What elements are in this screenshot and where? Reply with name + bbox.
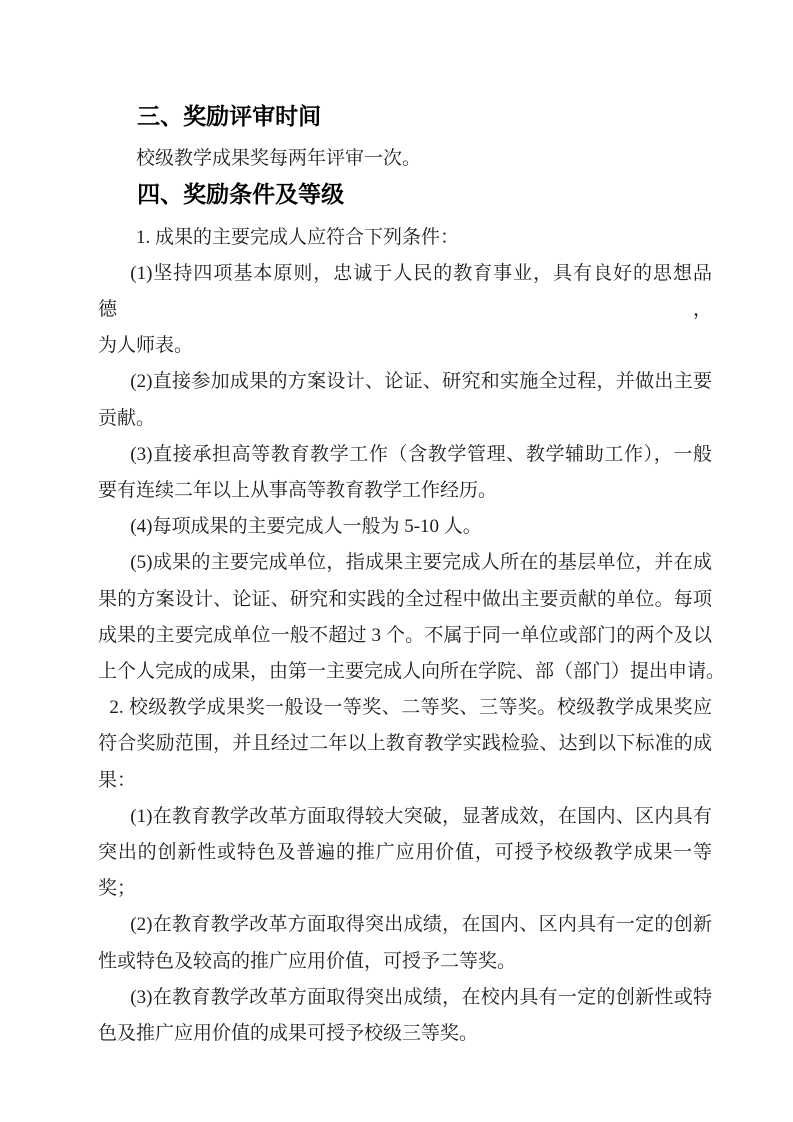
paragraph: (2)直接参加成果的方案设计、论证、研究和实施全过程，并做出主要贡献。 bbox=[98, 364, 712, 436]
section-heading: 三、奖励评审时间 bbox=[98, 99, 712, 135]
paragraph: 校级教学成果奖每两年评审一次。 bbox=[98, 141, 712, 177]
paragraph: (5)成果的主要完成单位，指成果主要完成人所在的基层单位，并在成果的方案设计、论… bbox=[98, 545, 712, 690]
text-line: (4)每项成果的主要完成人一般为 5-10 人。 bbox=[98, 509, 712, 545]
text-line: 三、奖励评审时间 bbox=[98, 99, 712, 135]
page: 三、奖励评审时间校级教学成果奖每两年评审一次。四、奖励条件及等级1. 成果的主要… bbox=[0, 0, 793, 1122]
text-line: 果的方案设计、论证、研究和实践的全过程中做出主要贡献的单位。每项 bbox=[98, 582, 712, 618]
paragraph: 2. 校级教学成果奖一般设一等奖、二等奖、三等奖。校级教学成果奖应符合奖励范围，… bbox=[98, 690, 712, 799]
paragraph: (1)在教育教学改革方面取得较大突破，显著成效，在国内、区内具有突出的创新性或特… bbox=[98, 799, 712, 908]
section-heading: 四、奖励条件及等级 bbox=[98, 177, 712, 213]
paragraph: (2)在教育教学改革方面取得突出成绩，在国内、区内具有一定的创新性或特色及较高的… bbox=[98, 907, 712, 979]
text-line: 性或特色及较高的推广应用价值，可授予二等奖。 bbox=[98, 944, 712, 980]
text-line: 突出的创新性或特色及普遍的推广应用价值，可授予校级教学成果一等 bbox=[98, 835, 712, 871]
text-line: 果： bbox=[98, 763, 712, 799]
text-line: 成果的主要完成单位一般不超过 3 个。不属于同一单位或部门的两个及以 bbox=[98, 618, 712, 654]
text-line: 贡献。 bbox=[98, 401, 712, 437]
text-line: 四、奖励条件及等级 bbox=[98, 177, 712, 213]
text-line: (3)直接承担高等教育教学工作（含教学管理、教学辅助工作），一般 bbox=[98, 437, 712, 473]
text-line: (1)坚持四项基本原则，忠诚于人民的教育事业，具有良好的思想品德， bbox=[98, 256, 712, 328]
text-line: 校级教学成果奖每两年评审一次。 bbox=[98, 141, 712, 177]
paragraph: (3)在教育教学改革方面取得突出成绩，在校内具有一定的创新性或特色及推广应用价值… bbox=[98, 980, 712, 1052]
text-line: 要有连续二年以上从事高等教育教学工作经历。 bbox=[98, 473, 712, 509]
text-line: 奖； bbox=[98, 871, 712, 907]
text-line: (5)成果的主要完成单位，指成果主要完成人所在的基层单位，并在成 bbox=[98, 545, 712, 581]
text-line: 1. 成果的主要完成人应符合下列条件： bbox=[98, 220, 712, 256]
text-line: (1)在教育教学改革方面取得较大突破，显著成效，在国内、区内具有 bbox=[98, 799, 712, 835]
text-line: (2)直接参加成果的方案设计、论证、研究和实施全过程，并做出主要 bbox=[98, 364, 712, 400]
text-line: 符合奖励范围，并且经过二年以上教育教学实践检验、达到以下标准的成 bbox=[98, 726, 712, 762]
text-line: 2. 校级教学成果奖一般设一等奖、二等奖、三等奖。校级教学成果奖应 bbox=[98, 690, 712, 726]
paragraph: (4)每项成果的主要完成人一般为 5-10 人。 bbox=[98, 509, 712, 545]
text-line: 为人师表。 bbox=[98, 328, 712, 364]
text-line: (3)在教育教学改革方面取得突出成绩，在校内具有一定的创新性或特 bbox=[98, 980, 712, 1016]
document-body: 三、奖励评审时间校级教学成果奖每两年评审一次。四、奖励条件及等级1. 成果的主要… bbox=[98, 99, 712, 1052]
text-line: (2)在教育教学改革方面取得突出成绩，在国内、区内具有一定的创新 bbox=[98, 907, 712, 943]
paragraph: (1)坚持四项基本原则，忠诚于人民的教育事业，具有良好的思想品德，为人师表。 bbox=[98, 256, 712, 365]
text-line: 色及推广应用价值的成果可授予校级三等奖。 bbox=[98, 1016, 712, 1052]
text-line: 上个人完成的成果，由第一主要完成人向所在学院、部（部门）提出申请。 bbox=[98, 654, 712, 690]
paragraph: 1. 成果的主要完成人应符合下列条件： bbox=[98, 220, 712, 256]
paragraph: (3)直接承担高等教育教学工作（含教学管理、教学辅助工作），一般要有连续二年以上… bbox=[98, 437, 712, 509]
